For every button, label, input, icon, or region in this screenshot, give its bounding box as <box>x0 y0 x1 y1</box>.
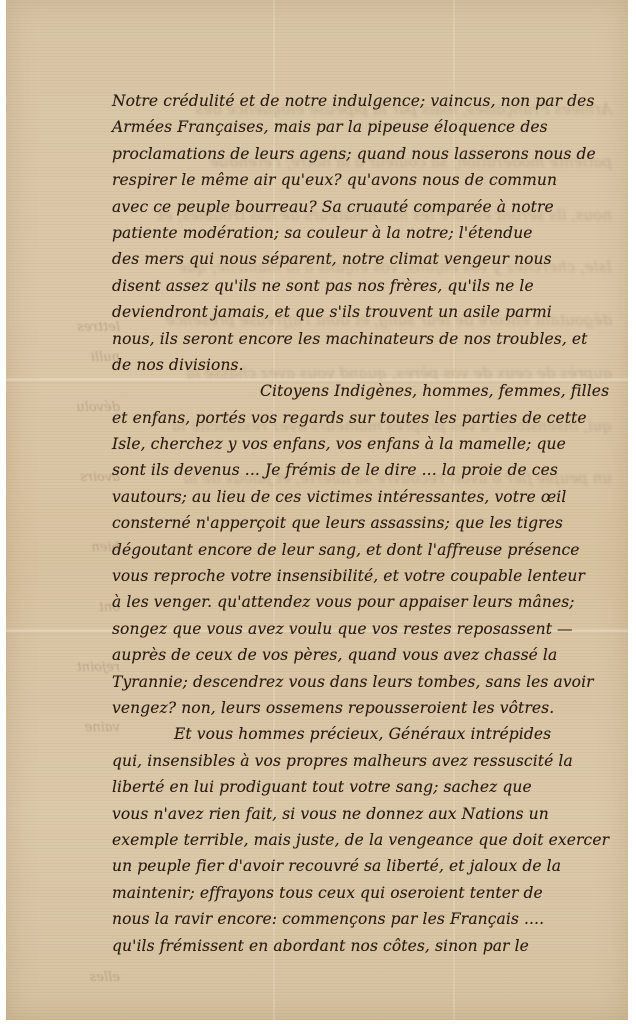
manuscript-line: nous la ravir encore: commençons par les… <box>112 906 632 932</box>
manuscript-line: Armées Françaises, mais par la pipeuse é… <box>112 114 632 140</box>
manuscript-line: consterné n'apperçoit que leurs assassin… <box>112 510 632 536</box>
manuscript-text: Notre crédulité et de notre indulgence; … <box>112 88 632 959</box>
paragraph-start-line: Et vous hommes précieux, Généraux intrép… <box>112 721 632 747</box>
paragraph-start-line: Citoyens Indigènes, hommes, femmes, fill… <box>112 378 632 404</box>
margin-bleed-text: dévolu <box>20 400 120 415</box>
manuscript-line: dégoutant encore de leur sang, et dont l… <box>112 537 632 563</box>
manuscript-line: liberté en lui prodiguant tout votre san… <box>112 774 632 800</box>
manuscript-line: auprès de ceux de vos pères, quand vous … <box>112 642 632 668</box>
margin-bleed-text: lettres <box>20 320 120 335</box>
manuscript-line: vous reproche votre insensibilité, et vo… <box>112 563 632 589</box>
manuscript-line: des mers qui nous séparent, notre climat… <box>112 246 632 272</box>
manuscript-line: Notre crédulité et de notre indulgence; … <box>112 88 632 114</box>
manuscript-line: sont ils devenus ... Je frémis de le dir… <box>112 457 632 483</box>
margin-bleed-text: ont <box>20 600 120 615</box>
manuscript-line: vautours; au lieu de ces victimes intére… <box>112 484 632 510</box>
manuscript-line: Isle, cherchez y vos enfans, vos enfans … <box>112 431 632 457</box>
manuscript-line: nous, ils seront encore les machinateurs… <box>112 326 632 352</box>
margin-bleed-text: elles <box>20 970 120 985</box>
manuscript-line: vous n'avez rien fait, si vous ne donnez… <box>112 801 632 827</box>
manuscript-line: disent assez qu'ils ne sont pas nos frèr… <box>112 273 632 299</box>
manuscript-line: qui, insensibles à vos propres malheurs … <box>112 748 632 774</box>
manuscript-line: vengez? non, leurs ossemens repousseroie… <box>112 695 632 721</box>
margin-bleed-text: rejoint <box>20 660 120 675</box>
margin-bleed-text: vaine <box>20 720 120 735</box>
manuscript-line: patiente modération; sa couleur à la not… <box>112 220 632 246</box>
manuscript-line: deviendront jamais, et que s'ils trouven… <box>112 299 632 325</box>
manuscript-line: avec ce peuple bourreau? Sa cruauté comp… <box>112 194 632 220</box>
manuscript-line: proclamations de leurs agens; quand nous… <box>112 141 632 167</box>
manuscript-line: Tyrannie; descendrez vous dans leurs tom… <box>112 669 632 695</box>
manuscript-line: de nos divisions. <box>112 352 632 378</box>
manuscript-line: et enfans, portés vos regards sur toutes… <box>112 405 632 431</box>
manuscript-line: respirer le même air qu'eux? qu'avons no… <box>112 167 632 193</box>
manuscript-line: maintenir; effrayons tous ceux qui osero… <box>112 880 632 906</box>
manuscript-line: à les venger. qu'attendez vous pour appa… <box>112 589 632 615</box>
manuscript-line: songez que vous avez voulu que vos reste… <box>112 616 632 642</box>
margin-bleed-text: nulli <box>20 350 120 365</box>
manuscript-line: exemple terrible, mais juste, de la veng… <box>112 827 632 853</box>
margin-bleed-text: bien <box>20 540 120 555</box>
margin-bleed-text: avoirs <box>20 470 120 485</box>
manuscript-line: un peuple fier d'avoir recouvré sa liber… <box>112 853 632 879</box>
manuscript-line: qu'ils frémissent en abordant nos côtes,… <box>112 933 632 959</box>
